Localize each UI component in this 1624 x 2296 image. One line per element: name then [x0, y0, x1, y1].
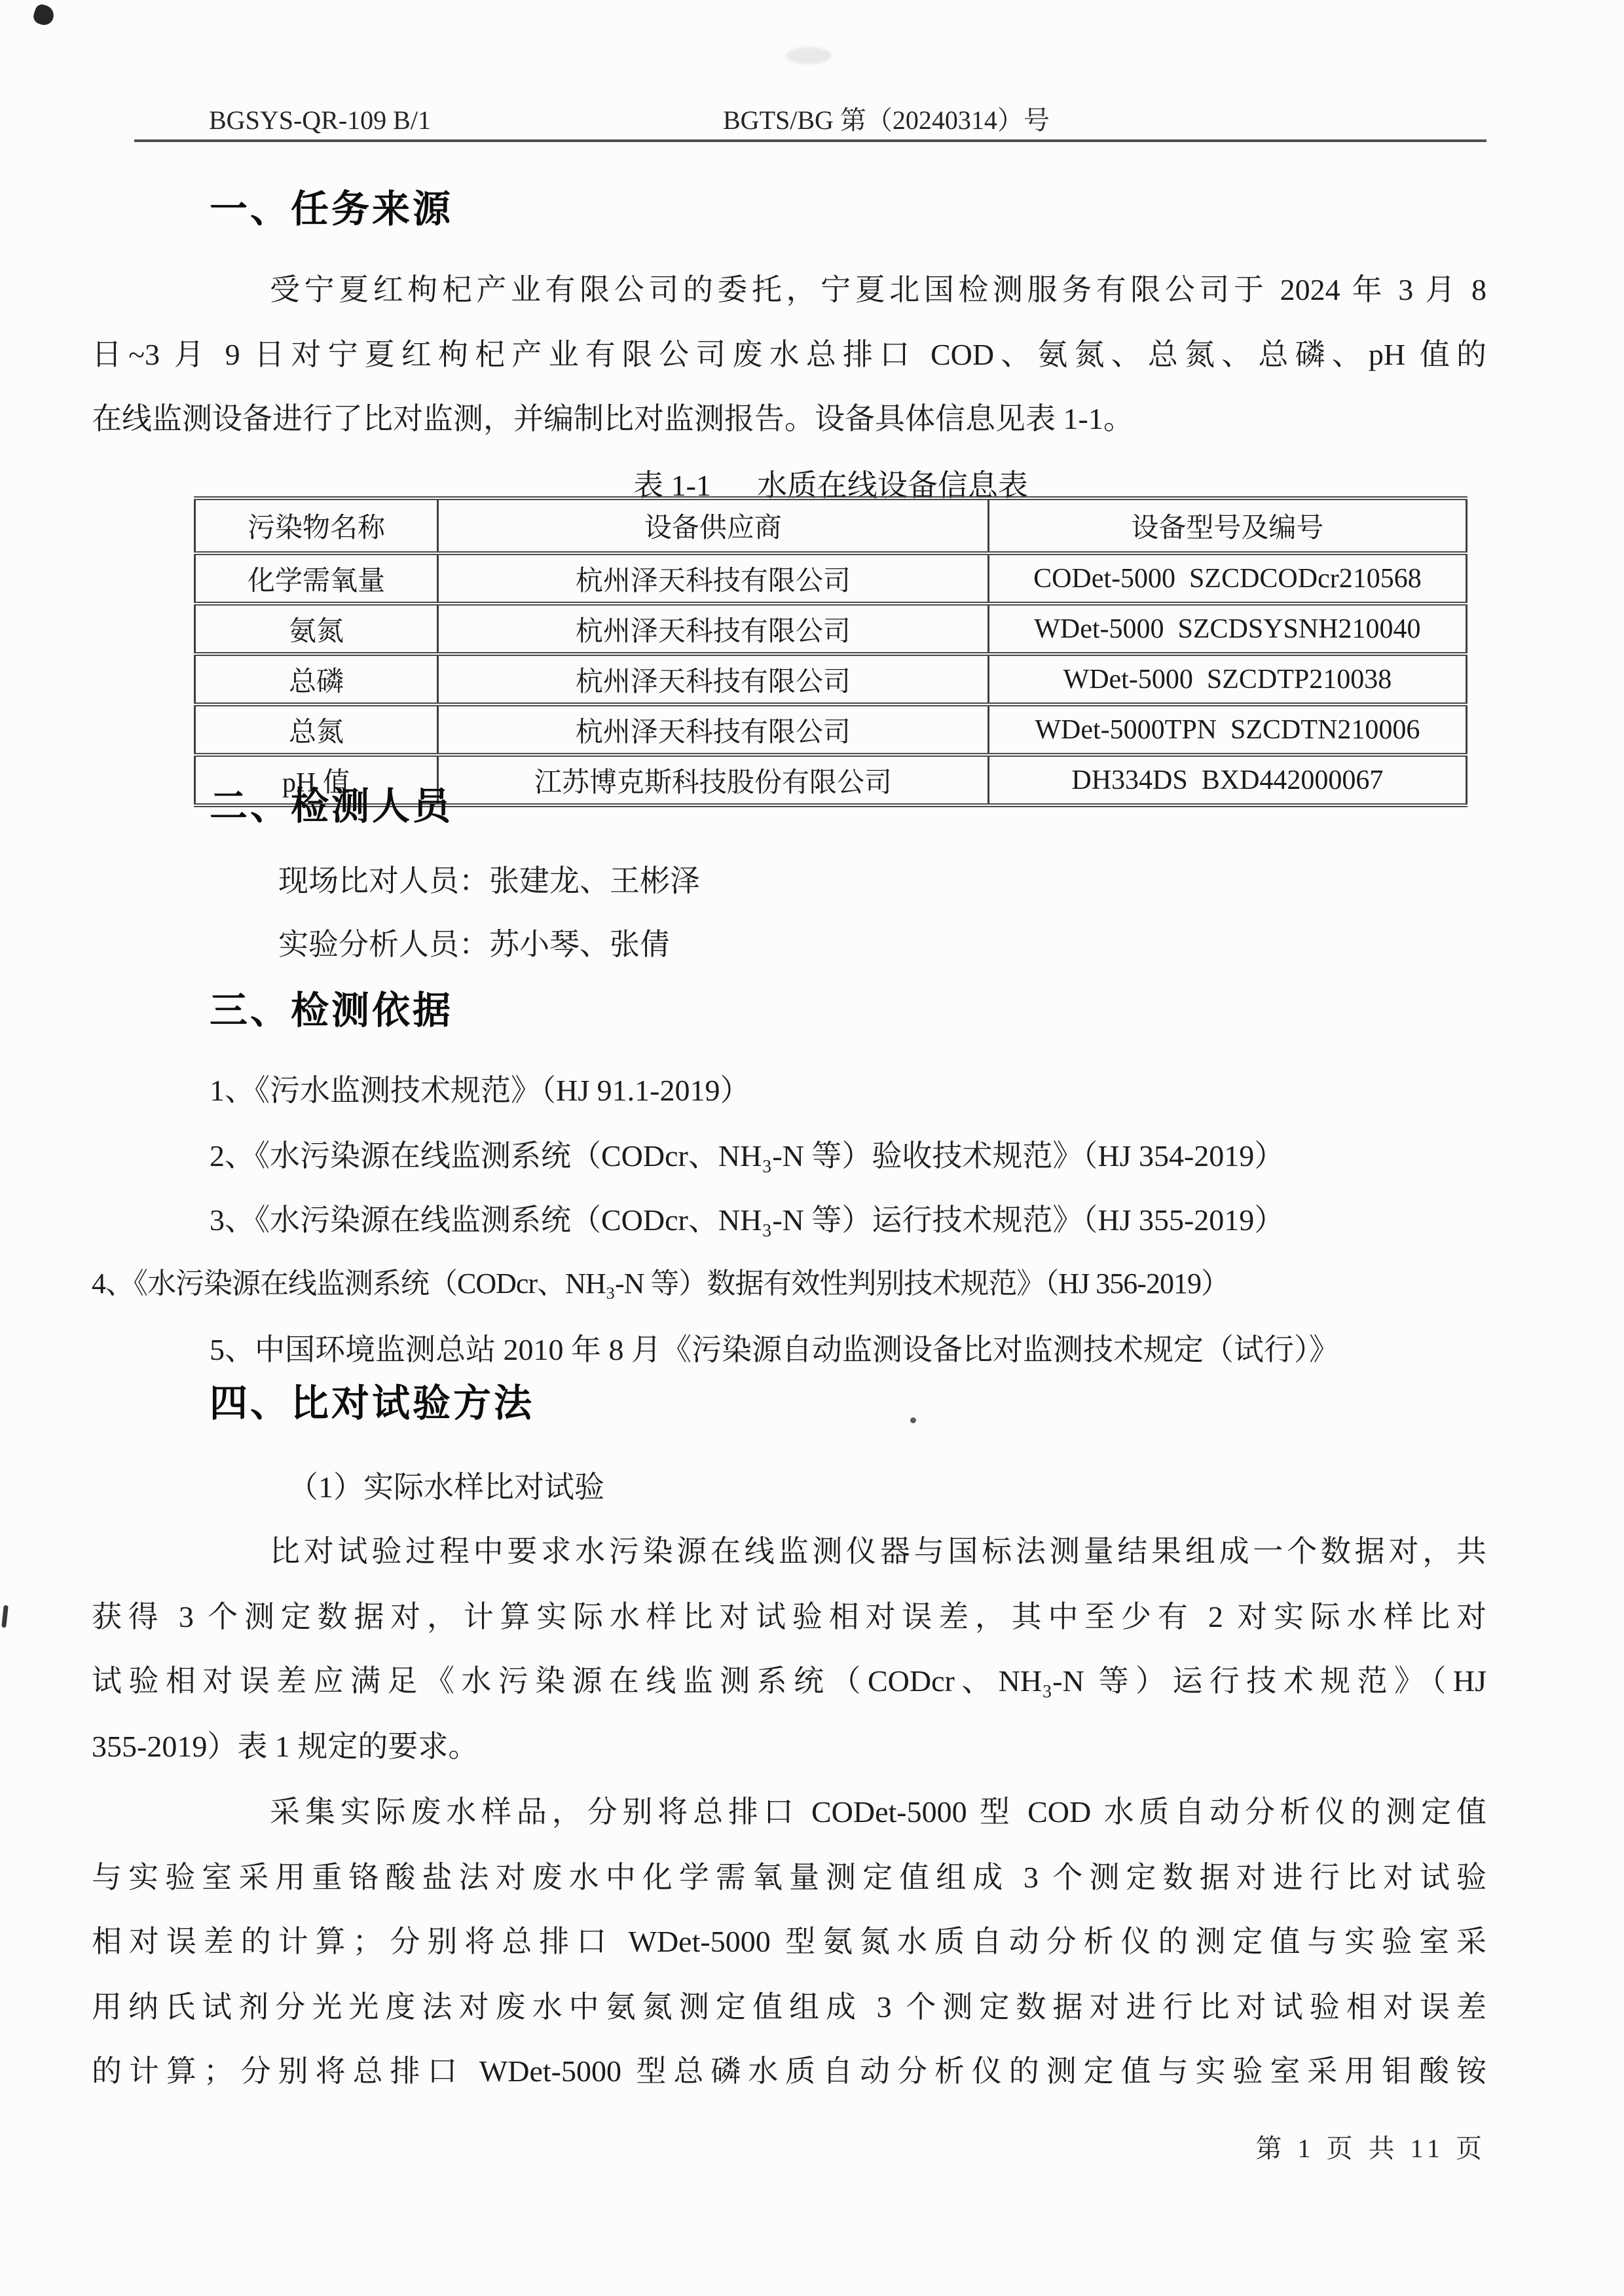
table-header-pollutant: 污染物名称: [195, 498, 438, 553]
header-rule: [134, 139, 1486, 142]
method-paragraph-line: 试验相对误差应满足《水污染源在线监测系统（CODcr、NH₃-N 等）运行技术规…: [92, 1662, 1486, 1701]
method-paragraph-line: 的计算；分别将总排口 WDet-5000 型总磷水质自动分析仪的测定值与实验室采…: [92, 2052, 1486, 2091]
basis-item: 4、《水污染源在线监测系统（CODcr、NH₃-N 等）数据有效性判别技术规范》…: [92, 1265, 1486, 1302]
scan-artifact-smudge: [786, 47, 832, 64]
table-cell-pollutant: 总氮: [195, 704, 438, 755]
lab-analysis-staff: 实验分析人员：苏小琴、张倩: [278, 925, 670, 964]
section-3-title: 三、检测依据: [210, 990, 453, 1032]
doc-code: BGSYS-QR-109 B/1: [209, 105, 431, 136]
table-header-model-serial: 设备型号及编号: [988, 498, 1466, 553]
method-paragraph-line: 355-2019）表 1 规定的要求。: [92, 1727, 1486, 1766]
table-cell-model-serial: WDet-5000 SZCDSYSNH210040: [988, 604, 1466, 654]
table-header-row: 污染物名称 设备供应商 设备型号及编号: [195, 498, 1467, 553]
method-paragraph-line: 获得 3 个测定数据对，计算实际水样比对试验相对误差，其中至少有 2 对实际水样…: [92, 1597, 1486, 1637]
table-cell-model-serial: CODet-5000 SZCDCODcr210568: [988, 553, 1466, 604]
basis-item: 1、《污水监测技术规范》（HJ 91.1-2019）: [210, 1071, 750, 1110]
method-paragraph-line: 与实验室采用重铬酸盐法对废水中化学需氧量测定值组成 3 个测定数据对进行比对试验: [92, 1858, 1486, 1897]
basis-item: 2、《水污染源在线监测系统（CODcr、NH₃-N 等）验收技术规范》（HJ 3…: [210, 1137, 1284, 1176]
table-cell-supplier: 杭州泽天科技有限公司: [437, 704, 988, 755]
section-1-title: 一、任务来源: [210, 189, 453, 230]
table-cell-supplier: 杭州泽天科技有限公司: [437, 553, 988, 604]
basis-item: 5、中国环境监测总站 2010 年 8 月《污染源自动监测设备比对监测技术规定（…: [210, 1330, 1339, 1370]
method-subheading: （1）实际水样比对试验: [288, 1468, 604, 1507]
method-paragraph-line: 用纳氏试剂分光光度法对废水中氨氮测定值组成 3 个测定数据对进行比对试验相对误差: [92, 1988, 1486, 2027]
method-paragraph-line: 相对误差的计算；分别将总排口 WDet-5000 型氨氮水质自动分析仪的测定值与…: [92, 1922, 1486, 1961]
table-row: 总氮 杭州泽天科技有限公司 WDet-5000TPN SZCDTN210006: [195, 704, 1467, 755]
table-cell-model-serial: WDet-5000TPN SZCDTN210006: [988, 704, 1466, 755]
table-cell-model-serial: DH334DS BXD442000067: [988, 755, 1466, 805]
table-cell-pollutant: 总磷: [195, 654, 438, 704]
page-number: 第 1 页 共 11 页: [1255, 2128, 1486, 2165]
section-1-line: 在线监测设备进行了比对监测，并编制比对监测报告。设备具体信息见表 1-1。: [92, 399, 1486, 439]
table-row: 化学需氧量 杭州泽天科技有限公司 CODet-5000 SZCDCODcr210…: [195, 553, 1467, 604]
table-header-supplier: 设备供应商: [437, 498, 988, 553]
table-cell-pollutant: 氨氮: [195, 604, 438, 654]
section-1-line: 日~3 月 9 日对宁夏红枸杞产业有限公司废水总排口 COD、氨氮、总氮、总磷、…: [92, 335, 1486, 374]
equipment-info-table: 污染物名称 设备供应商 设备型号及编号 化学需氧量 杭州泽天科技有限公司 COD…: [194, 496, 1467, 807]
table-cell-supplier: 江苏博克斯科技股份有限公司: [437, 755, 988, 805]
table-row: 总磷 杭州泽天科技有限公司 WDet-5000 SZCDTP210038: [195, 654, 1467, 704]
table-row: 氨氮 杭州泽天科技有限公司 WDet-5000 SZCDSYSNH210040: [195, 604, 1467, 654]
report-number: BGTS/BG 第（20240314）号: [723, 105, 1050, 136]
section-1-line: 受宁夏红枸杞产业有限公司的委托，宁夏北国检测服务有限公司于 2024 年 3 月…: [270, 270, 1486, 310]
method-paragraph-line: 采集实际废水样品，分别将总排口 CODet-5000 型 COD 水质自动分析仪…: [270, 1793, 1486, 1832]
section-4-title: 四、比对试验方法: [210, 1383, 534, 1425]
table-cell-model-serial: WDet-5000 SZCDTP210038: [988, 654, 1466, 704]
table-cell-supplier: 杭州泽天科技有限公司: [437, 654, 988, 704]
scan-artifact-edge-mark: [1, 1605, 9, 1628]
basis-item: 3、《水污染源在线监测系统（CODcr、NH₃-N 等）运行技术规范》（HJ 3…: [210, 1201, 1284, 1240]
scan-artifact-ink-blob: [31, 3, 56, 27]
table-cell-pollutant: 化学需氧量: [195, 553, 438, 604]
table-cell-supplier: 杭州泽天科技有限公司: [437, 604, 988, 654]
field-comparison-staff: 现场比对人员：张建龙、王彬泽: [278, 862, 700, 901]
report-page-1: BGSYS-QR-109 B/1 BGTS/BG 第（20240314）号 一、…: [0, 0, 1624, 2296]
method-paragraph-line: 比对试验过程中要求水污染源在线监测仪器与国标法测量结果组成一个数据对，共: [270, 1532, 1486, 1571]
section-2-title: 二、检测人员: [210, 786, 453, 828]
scan-artifact-dot: [910, 1417, 916, 1423]
